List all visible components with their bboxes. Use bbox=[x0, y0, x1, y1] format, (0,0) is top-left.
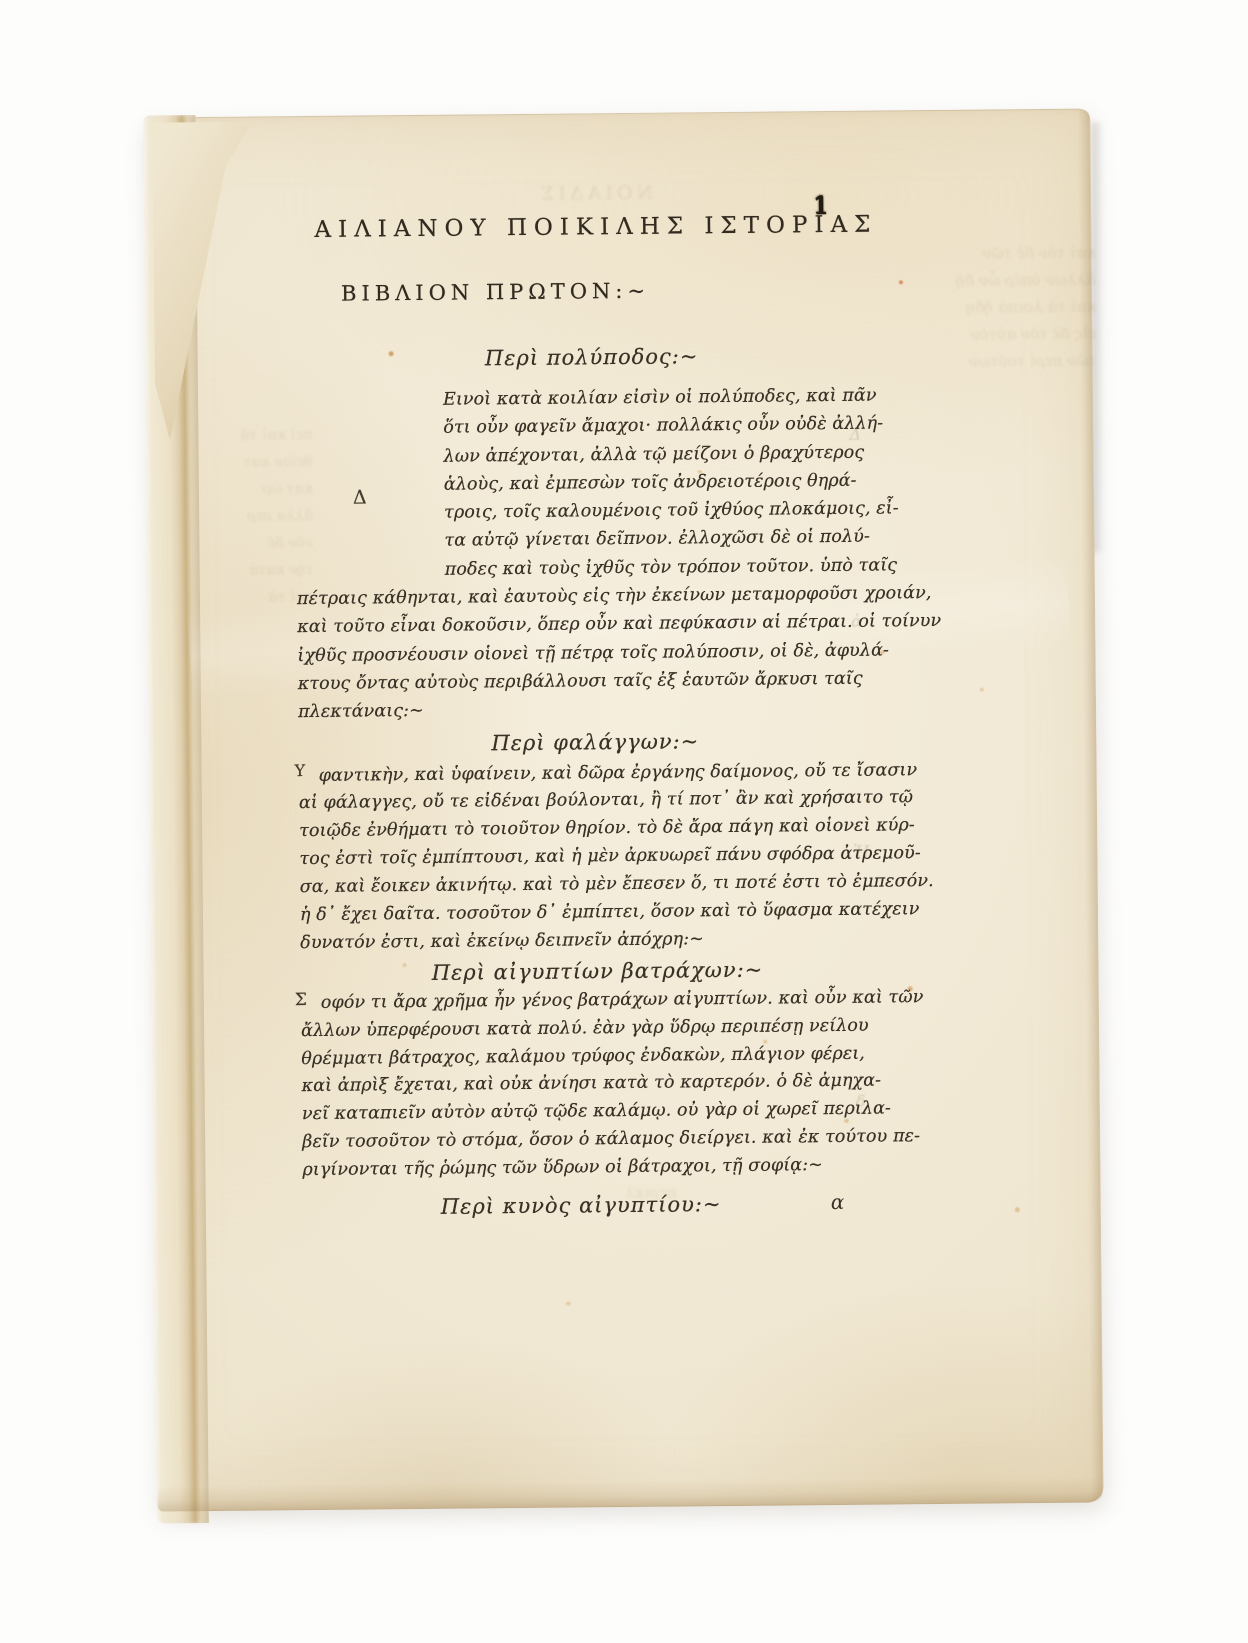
paragraph-lines: Εινοὶ κατὰ κοιλίαν εἰσὶν οἱ πολύποδες, κ… bbox=[295, 381, 892, 726]
foxing-speck bbox=[899, 280, 903, 284]
show-through-title: ΝΟΙΑΔΙΣ bbox=[425, 181, 765, 206]
paragraph-lines: φαντικὴν, καὶ ὑφαίνειν, καὶ δῶρα ἐργάνης… bbox=[299, 757, 895, 958]
foxing-speck bbox=[566, 1302, 571, 1306]
foxing-speck bbox=[1015, 1207, 1020, 1212]
chapter-heading: Περὶ φαλάγγων:~ bbox=[298, 721, 892, 763]
paragraph-lines: οφόν τι ἄρα χρῆμα ἦν γένος βατράχων αἰγυ… bbox=[301, 984, 897, 1185]
chapter-heading: Περὶ κυνὸς αἰγυπτίου:~ bbox=[303, 1179, 897, 1231]
chapter-heading: Περὶ πολύποδος:~ bbox=[294, 326, 889, 387]
show-through-line: καὶ τὰ λοιπὰ ἤδη bbox=[846, 293, 1096, 322]
page-title: ΑΙΛΙΑΝΟΥ ΠΟΙΚΙΛΗΣ ΙΣΤΟΡΙΑΣ bbox=[123, 210, 1068, 245]
foxing-speck bbox=[980, 688, 984, 692]
book-photograph: ΝΟΙΑΔΙΣ καὶ τὸν δὲ τῶνἄλλων ὑπὲρ ὧν δὴκα… bbox=[0, 0, 1248, 1643]
dog-ear-corner bbox=[152, 121, 259, 440]
guide-letter: Σ bbox=[295, 990, 307, 1010]
book-heading: ΒΙΒΛΙΟΝ ΠΡΩΤΟΝ:~ bbox=[341, 279, 650, 306]
book-page: ΝΟΙΑΔΙΣ καὶ τὸν δὲ τῶνἄλλων ὑπὲρ ὧν δὴκα… bbox=[143, 108, 1103, 1511]
text-line: δυνατόν ἐστι, καὶ ἐκείνῳ δειπνεῖν ἀπόχρη… bbox=[300, 924, 894, 958]
text-line: ἡ δ᾽ ἔχει δαῖτα. τοσοῦτον δ᾽ ἐμπίπτει, ὅ… bbox=[300, 896, 894, 930]
text-line: κτους ὄντας αὐτοὺς περιβάλλουσι ταῖς ἐξ … bbox=[298, 664, 892, 698]
guide-letter: Δ bbox=[353, 486, 367, 508]
paragraph: Σ οφόν τι ἄρα χρῆμα ἦν γένος βατράχων αἰ… bbox=[301, 984, 897, 1185]
signature-mark: α bbox=[831, 1190, 845, 1214]
show-through-line: ἄλλων ὑπὲρ ὧν δὴ bbox=[846, 266, 1096, 295]
show-through-line: καὶ τὸν δὲ τῶν bbox=[846, 239, 1096, 268]
text-line: ριγίνονται τῆς ῥώμης τῶν ὕδρων οἱ βάτραχ… bbox=[302, 1152, 896, 1186]
text-line: πλεκτάναις:~ bbox=[298, 693, 892, 727]
paragraph: Υ φαντικὴν, καὶ ὑφαίνειν, καὶ δῶρα ἐργάν… bbox=[299, 757, 895, 958]
text-column: Περὶ πολύποδος:~ Δ Εινοὶ κατὰ κοιλίαν εἰ… bbox=[294, 326, 897, 1231]
guide-letter: Υ bbox=[295, 761, 306, 780]
paragraph: Δ Εινοὶ κατὰ κοιλίαν εἰσὶν οἱ πολύποδες,… bbox=[295, 381, 892, 726]
